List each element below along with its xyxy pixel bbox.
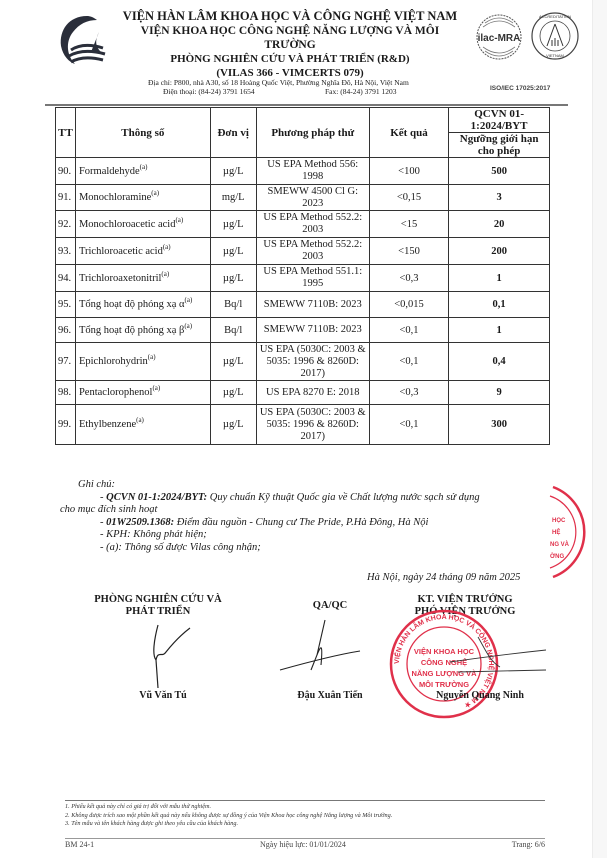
col-header-method: Phương pháp thử <box>256 108 369 158</box>
limit-value: 3 <box>449 185 550 211</box>
row-number: 92. <box>56 211 76 238</box>
form-code: BM 24-1 <box>65 840 94 849</box>
test-method: US EPA 8270 E: 2018 <box>256 381 369 405</box>
department-name: PHÒNG NGHIÊN CỨU VÀ PHÁT TRIỂN (R&D) <box>120 52 460 66</box>
table-row: 93.Trichloroacetic acid(a)µg/LUS EPA Met… <box>56 238 550 265</box>
footer-divider <box>65 800 545 801</box>
footer-note-2: 2. Không được trích sao một phần kết quả… <box>65 812 392 821</box>
unit: µg/L <box>210 381 256 405</box>
result-value: <0,3 <box>369 381 448 405</box>
table-row: 92.Monochloroacetic acid(a)µg/LUS EPA Me… <box>56 211 550 238</box>
parameter-name: Monochloroacetic acid(a) <box>75 211 210 238</box>
svg-text:NG VÀ: NG VÀ <box>550 541 570 548</box>
col-header-limit: Ngưỡng giới hạn cho phép <box>449 133 550 158</box>
dept-signature-title: PHÒNG NGHIÊN CỨU VÀ PHÁT TRIỂN <box>88 594 228 618</box>
footer-note-1: 1. Phiếu kết quả này chỉ có giá trị đối … <box>65 803 392 812</box>
note-standard-cont: cho mục đích sinh hoạt <box>60 504 578 517</box>
ilac-mra-logo-icon: ilac-MRA <box>475 13 523 61</box>
unit: µg/L <box>210 343 256 381</box>
footer-notes: 1. Phiếu kết quả này chỉ có giá trị đối … <box>65 803 392 829</box>
signer-dept-name: Vũ Văn Tú <box>128 690 198 701</box>
parameter-name: Tổng hoạt độ phóng xạ α(a) <box>75 292 210 318</box>
svg-text:VIETNAM: VIETNAM <box>546 53 564 58</box>
signature-dau-xuan-tien-icon <box>275 615 365 680</box>
unit: µg/L <box>210 211 256 238</box>
table-row: 90.Formaldehyde(a)µg/LUS EPA Method 556:… <box>56 158 550 185</box>
limit-value: 9 <box>449 381 550 405</box>
col-header-unit: Đơn vị <box>210 108 256 158</box>
table-row: 96.Tổng hoạt độ phóng xạ β(a)Bq/lSMEWW 7… <box>56 318 550 343</box>
test-method: US EPA Method 552.2: 2003 <box>256 238 369 265</box>
row-number: 94. <box>56 265 76 292</box>
test-method: US EPA Method 556: 1998 <box>256 158 369 185</box>
signing-date: Hà Nội, ngày 24 tháng 09 năm 2025 <box>367 572 520 583</box>
col-header-standard: QCVN 01-1:2024/BYT <box>449 108 550 133</box>
limit-value: 200 <box>449 238 550 265</box>
phone: Điện thoại: (84-24) 3791 1654 <box>148 87 325 96</box>
limit-value: 0,4 <box>449 343 550 381</box>
signer-director-name: Nguyễn Quang Ninh <box>425 690 535 701</box>
result-value: <0,1 <box>369 318 448 343</box>
result-value: <15 <box>369 211 448 238</box>
table-row: 99.Ethylbenzene(a)µg/LUS EPA (5030C: 200… <box>56 405 550 445</box>
results-table: TT Thông số Đơn vị Phương pháp thử Kết q… <box>55 107 550 445</box>
header-divider <box>45 104 568 106</box>
note-kph: - KPH: Không phát hiện; <box>78 529 578 542</box>
unit: µg/L <box>210 265 256 292</box>
note-sample: - 01W2509.1368: Điểm đầu nguồn - Chung c… <box>78 517 578 530</box>
signer-qa-name: Đậu Xuân Tiến <box>285 690 375 701</box>
unit: mg/L <box>210 185 256 211</box>
signature-nguyen-quang-ninh-icon <box>448 632 548 682</box>
col-header-result: Kết quả <box>369 108 448 158</box>
limit-value: 20 <box>449 211 550 238</box>
row-number: 98. <box>56 381 76 405</box>
test-method: US EPA (5030C: 2003 & 5035: 1996 & 8260D… <box>256 405 369 445</box>
footer-bar: BM 24-1 Ngày hiệu lực: 01/01/2024 Trang:… <box>65 840 545 849</box>
institute-logo-icon <box>55 12 115 72</box>
test-method: SMEWW 4500 Cl G: 2023 <box>256 185 369 211</box>
table-row: 97.Epichlorohydrin(a)µg/LUS EPA (5030C: … <box>56 343 550 381</box>
unit: Bq/l <box>210 318 256 343</box>
effective-date: Ngày hiệu lực: 01/01/2024 <box>260 840 346 849</box>
page-edge <box>592 0 607 858</box>
footer-divider-2 <box>65 838 545 839</box>
svg-text:ỜNG: ỜNG <box>550 552 564 560</box>
note-standard: - QCVN 01-1:2024/BYT: Quy chuẩn Kỹ thuật… <box>78 492 578 505</box>
unit: µg/L <box>210 405 256 445</box>
bureau-accreditation-logo-icon: ACCREDITATION VIETNAM <box>530 10 580 62</box>
svg-text:HỆ: HỆ <box>552 528 560 536</box>
parameter-name: Formaldehyde(a) <box>75 158 210 185</box>
address: Địa chỉ: P800, nhà A30, số 18 Hoàng Quốc… <box>148 78 409 87</box>
parameter-name: Pentaclorophenol(a) <box>75 381 210 405</box>
result-value: <100 <box>369 158 448 185</box>
unit: µg/L <box>210 158 256 185</box>
note-vilas: - (a): Thông số được Vilas công nhận; <box>78 542 578 555</box>
row-number: 91. <box>56 185 76 211</box>
parameter-name: Trichloroaxetonitril(a) <box>75 265 210 292</box>
result-value: <150 <box>369 238 448 265</box>
parameter-name: Ethylbenzene(a) <box>75 405 210 445</box>
institute-name: VIỆN KHOA HỌC CÔNG NGHỆ NĂNG LƯỢNG VÀ MÔ… <box>120 24 460 52</box>
fax: Fax: (84-24) 3791 1203 <box>325 87 396 96</box>
result-value: <0,1 <box>369 343 448 381</box>
footer-note-3: 3. Tên mẫu và tên khách hàng được ghi th… <box>65 820 392 829</box>
table-row: 98.Pentaclorophenol(a)µg/LUS EPA 8270 E:… <box>56 381 550 405</box>
contact-info: Địa chỉ: P800, nhà A30, số 18 Hoàng Quốc… <box>148 78 409 96</box>
table-row: 95.Tổng hoạt độ phóng xạ α(a)Bq/lSMEWW 7… <box>56 292 550 318</box>
limit-value: 300 <box>449 405 550 445</box>
parameter-name: Tổng hoạt độ phóng xạ β(a) <box>75 318 210 343</box>
row-number: 99. <box>56 405 76 445</box>
row-number: 97. <box>56 343 76 381</box>
academy-name: VIỆN HÀN LÂM KHOA HỌC VÀ CÔNG NGHỆ VIỆT … <box>120 9 460 24</box>
notes-title: Ghi chú: <box>78 479 578 492</box>
svg-text:ACCREDITATION: ACCREDITATION <box>539 14 571 19</box>
table-row: 91.Monochloramine(a)mg/LSMEWW 4500 Cl G:… <box>56 185 550 211</box>
svg-text:ilac-MRA: ilac-MRA <box>478 33 521 44</box>
svg-text:HỌC: HỌC <box>552 518 566 524</box>
document-header: VIỆN HÀN LÂM KHOA HỌC VÀ CÔNG NGHỆ VIỆT … <box>0 0 607 100</box>
unit: µg/L <box>210 238 256 265</box>
col-header-param: Thông số <box>75 108 210 158</box>
limit-value: 1 <box>449 265 550 292</box>
col-header-tt: TT <box>56 108 76 158</box>
test-method: US EPA Method 552.2: 2003 <box>256 211 369 238</box>
qa-signature-title: QA/QC <box>300 600 360 612</box>
notes-section: Ghi chú: - QCVN 01-1:2024/BYT: Quy chuẩn… <box>78 479 578 554</box>
row-number: 95. <box>56 292 76 318</box>
limit-value: 0,1 <box>449 292 550 318</box>
parameter-name: Monochloramine(a) <box>75 185 210 211</box>
table-row: 94.Trichloroaxetonitril(a)µg/LUS EPA Met… <box>56 265 550 292</box>
parameter-name: Trichloroacetic acid(a) <box>75 238 210 265</box>
partial-stamp-icon: HỌC HỆ NG VÀ ỜNG <box>548 482 598 582</box>
result-value: <0,015 <box>369 292 448 318</box>
result-value: <0,1 <box>369 405 448 445</box>
test-method: SMEWW 7110B: 2023 <box>256 318 369 343</box>
result-value: <0,15 <box>369 185 448 211</box>
result-value: <0,3 <box>369 265 448 292</box>
test-method: US EPA Method 551.1: 1995 <box>256 265 369 292</box>
test-method: SMEWW 7110B: 2023 <box>256 292 369 318</box>
limit-value: 1 <box>449 318 550 343</box>
iso-standard: ISO/IEC 17025:2017 <box>490 85 550 92</box>
parameter-name: Epichlorohydrin(a) <box>75 343 210 381</box>
signature-vu-van-tu-icon <box>140 620 200 690</box>
page-number: Trang: 6/6 <box>512 840 545 849</box>
limit-value: 500 <box>449 158 550 185</box>
row-number: 90. <box>56 158 76 185</box>
row-number: 93. <box>56 238 76 265</box>
unit: Bq/l <box>210 292 256 318</box>
test-method: US EPA (5030C: 2003 & 5035: 1996 & 8260D… <box>256 343 369 381</box>
row-number: 96. <box>56 318 76 343</box>
